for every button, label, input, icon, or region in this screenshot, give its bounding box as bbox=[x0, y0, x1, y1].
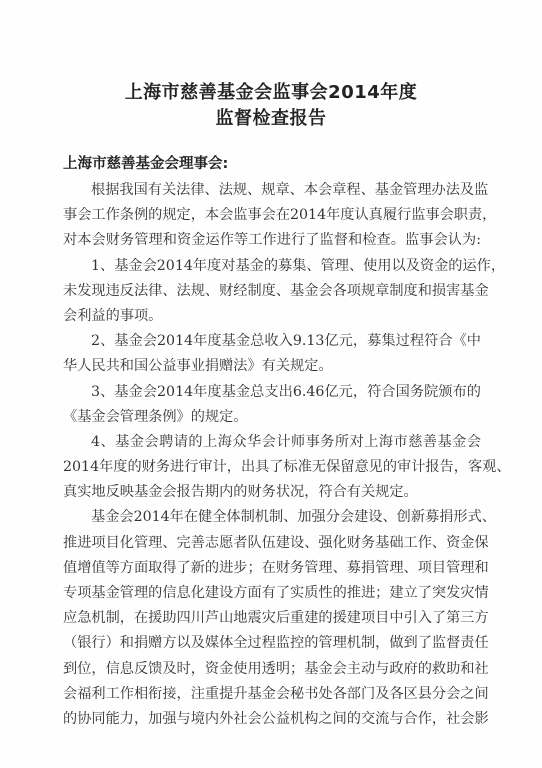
report-title: 上海市慈善基金会监事会2014年度 bbox=[0, 78, 542, 104]
body-text-line: 的协同能力，加强与境内外社会公益机构之间的交流与合作，社会影 bbox=[63, 707, 481, 732]
body-lines: 根据我国有关法律、法规、规章、本会章程、基金管理办法及监事会工作条例的规定，本会… bbox=[63, 178, 481, 732]
body-text-line: 推进项目化管理、完善志愿者队伍建设、强化财务基础工作、资金保 bbox=[63, 531, 481, 556]
body-text-line: 根据我国有关法律、法规、规章、本会章程、基金管理办法及监 bbox=[63, 178, 481, 203]
body-text-line: 到位，信息反馈及时，资金使用透明；基金会主动与政府的救助和社 bbox=[63, 657, 481, 682]
body-text-line: 对本会财务管理和资金运作等工作进行了监督和检查。监事会认为: bbox=[63, 228, 481, 253]
body-text-line: 4、基金会聘请的上海众华会计师事务所对上海市慈善基金会 bbox=[63, 430, 481, 455]
scanned-document-page: 上海市慈善基金会监事会2014年度 监督检查报告 上海市慈善基金会理事会: 根据… bbox=[0, 0, 542, 768]
body-text-line: （银行）和捐赠方以及媒体全过程监控的管理机制，做到了监督责任 bbox=[63, 631, 481, 656]
body-text-line: 3、基金会2014年度基金总支出6.46亿元，符合国务院颁布的 bbox=[63, 380, 481, 405]
body-text-line: 值增值等方面取得了新的进步；在财务管理、募捐管理、项目管理和 bbox=[63, 556, 481, 581]
report-body: 上海市慈善基金会理事会: 根据我国有关法律、法规、规章、本会章程、基金管理办法及… bbox=[63, 146, 481, 732]
body-text-line: 2014年度的财务进行审计，出具了标准无保留意见的审计报告，客观、 bbox=[63, 455, 481, 480]
report-subtitle: 监督检查报告 bbox=[0, 104, 542, 130]
body-text-line: 《基金会管理条例》的规定。 bbox=[63, 405, 481, 430]
body-text-line: 1、基金会2014年度对基金的募集、管理、使用以及资金的运作， bbox=[63, 254, 481, 279]
body-text-line: 应急机制，在援助四川芦山地震灾后重建的援建项目中引入了第三方 bbox=[63, 606, 481, 631]
body-text-line: 华人民共和国公益事业捐赠法》有关规定。 bbox=[63, 354, 481, 379]
body-text-line: 真实地反映基金会报告期内的财务状况，符合有关规定。 bbox=[63, 480, 481, 505]
body-text-line: 会利益的事项。 bbox=[63, 304, 481, 329]
body-text-line: 2、基金会2014年度基金总收入9.13亿元，募集过程符合《中 bbox=[63, 329, 481, 354]
body-text-line: 未发现违反法律、法规、财经制度、基金会各项规章制度和损害基金 bbox=[63, 279, 481, 304]
body-text-line: 基金会2014年在健全体制机制、加强分会建设、创新募捐形式、 bbox=[63, 505, 481, 530]
salutation: 上海市慈善基金会理事会: bbox=[63, 150, 481, 178]
body-text-line: 事会工作条例的规定，本会监事会在2014年度认真履行监事会职责， bbox=[63, 203, 481, 228]
body-text-line: 专项基金管理的信息化建设方面有了实质性的推进；建立了突发灾情 bbox=[63, 581, 481, 606]
body-text-line: 会福利工作相衔接，注重提升基金会秘书处各部门及各区县分会之间 bbox=[63, 682, 481, 707]
